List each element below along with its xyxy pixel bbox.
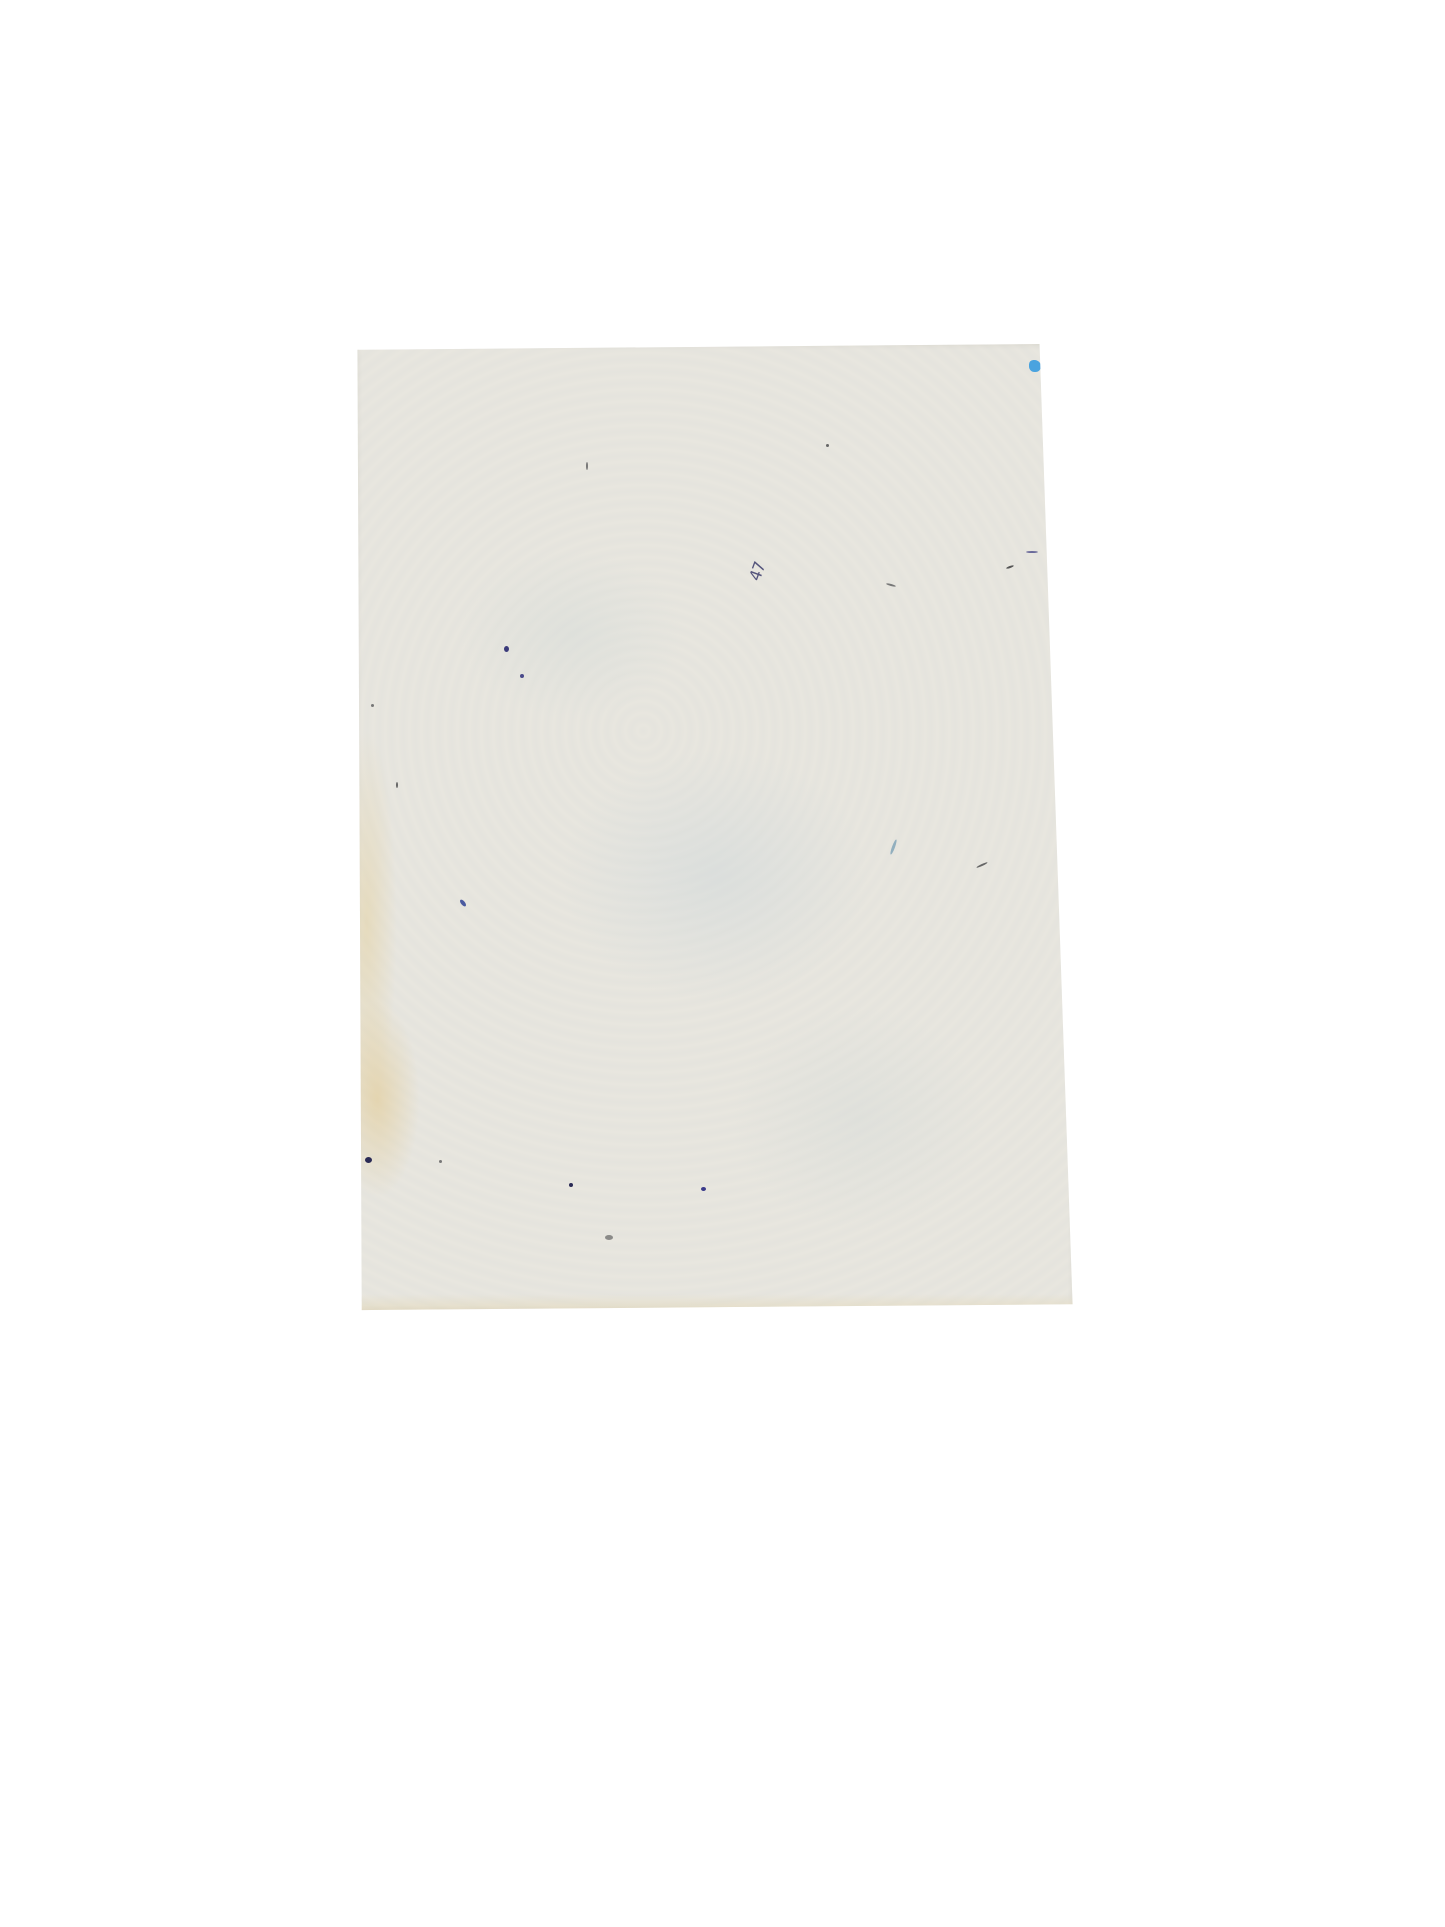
blue-smear <box>889 839 897 855</box>
ink-scratch <box>586 462 588 470</box>
blue-marker-dot <box>1029 360 1041 372</box>
ink-scratch <box>826 444 829 447</box>
ink-speck <box>569 1183 573 1187</box>
ink-scratch <box>396 782 398 788</box>
ink-speck <box>459 899 467 908</box>
photo-background: 47 <box>0 0 1445 1927</box>
ink-speck <box>439 1160 442 1163</box>
ink-scratch <box>1006 565 1014 570</box>
ink-speck <box>365 1157 372 1163</box>
ink-scratch <box>886 583 896 588</box>
ink-scratch <box>976 862 988 869</box>
ink-scratch <box>371 704 374 707</box>
paper-card-back: 47 <box>356 344 1074 1312</box>
ink-scratch <box>1026 551 1038 553</box>
ink-speck <box>504 646 509 652</box>
grey-smudge <box>605 1235 613 1240</box>
ink-speck <box>701 1187 706 1191</box>
handwritten-number: 47 <box>745 560 769 584</box>
ink-speck <box>520 674 524 678</box>
